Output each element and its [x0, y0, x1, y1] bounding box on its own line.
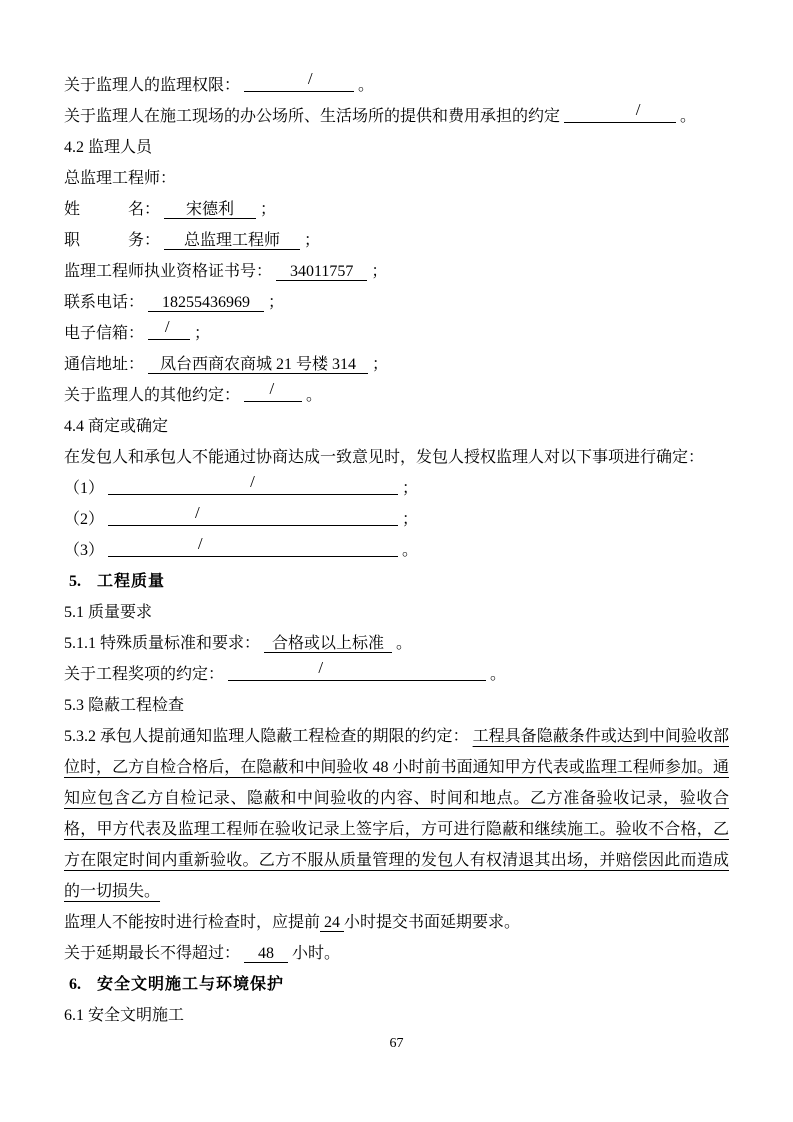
- clause-label: 关于监理人在施工现场的办公场所、生活场所的提供和费用承担的约定: [64, 108, 560, 125]
- heading-title: 工程质量: [97, 573, 165, 590]
- clause-label: 关于延期最长不得超过：: [64, 945, 240, 962]
- page-number: 67: [0, 1036, 793, 1052]
- clause-punctuation: ；: [371, 263, 387, 280]
- list-item-label: （2）: [64, 511, 104, 528]
- clause-label: 通信地址：: [64, 356, 144, 373]
- underlined-value-hours-24: 24: [320, 914, 344, 932]
- slash-mark: /: [165, 311, 170, 342]
- blank-underline: /: [564, 105, 676, 123]
- underlined-value-phone: 18255436969: [148, 294, 264, 312]
- slash-mark: /: [308, 63, 313, 94]
- clause-punctuation: ；: [372, 356, 388, 373]
- slash-mark: /: [318, 652, 323, 683]
- clause-line-site-office: 关于监理人在施工现场的办公场所、生活场所的提供和费用承担的约定 / 。: [64, 101, 729, 132]
- heading-number: 5.: [69, 573, 81, 590]
- subheading-5-1: 5.1 质量要求: [64, 597, 729, 628]
- clause-label: 名：: [128, 201, 160, 218]
- clause-punctuation: 。: [680, 108, 696, 125]
- subheading-5-3: 5.3 隐蔽工程检查: [64, 690, 729, 721]
- blank-underline: /: [108, 539, 398, 557]
- clause-label: 务：: [128, 232, 160, 249]
- section-heading-5: 5. 工程质量: [69, 566, 729, 597]
- list-item-2: （2） / ；: [64, 504, 729, 535]
- clause-label: 5.3.2 承包人提前通知监理人隐蔽工程检查的期限的约定：: [64, 728, 469, 745]
- clause-punctuation: ；: [194, 325, 210, 342]
- blank-underline: /: [148, 322, 190, 340]
- clause-punctuation: ；: [402, 511, 418, 528]
- underlined-value-name: 宋德利: [164, 201, 256, 219]
- clause-label: 小时提交书面延期要求。: [344, 914, 520, 931]
- clause-punctuation: 。: [402, 542, 418, 559]
- document-page: 关于监理人的监理权限： / 。 关于监理人在施工现场的办公场所、生活场所的提供和…: [0, 0, 793, 1122]
- clause-label: 电子信箱：: [64, 325, 144, 342]
- slash-mark: /: [195, 497, 200, 528]
- blank-underline: /: [228, 663, 486, 681]
- clause-line-address: 通信地址： 凤台西商农商城 21 号楼 314 ；: [64, 349, 729, 380]
- clause-line-certificate-number: 监理工程师执业资格证书号： 34011757 ；: [64, 256, 729, 287]
- blank-underline: /: [108, 477, 398, 495]
- clause-label: 关于监理人的监理权限：: [64, 77, 240, 94]
- list-item-1: （1） / ；: [64, 473, 729, 504]
- clause-line-email: 电子信箱： / ；: [64, 318, 729, 349]
- clause-line-determination-intro: 在发包人和承包人不能通过协商达成一致意见时，发包人授权监理人对以下事项进行确定：: [64, 442, 729, 473]
- clause-punctuation: 。: [396, 635, 412, 652]
- clause-label: 关于监理人的其他约定：: [64, 387, 240, 404]
- underlined-value-address: 凤台西商农商城 21 号楼 314: [148, 356, 368, 374]
- clause-label: 监理工程师执业资格证书号：: [64, 263, 272, 280]
- underlined-value-hours-48: 48: [244, 945, 288, 963]
- clause-punctuation: ；: [402, 480, 418, 497]
- clause-punctuation: 。: [306, 387, 322, 404]
- underlined-clause-text: 工程具备隐蔽条件或达到中间验收部位时，乙方自检合格后，在隐蔽和中间验收 48 小…: [64, 728, 729, 900]
- heading-number: 6.: [69, 976, 81, 993]
- clause-punctuation: ；: [260, 201, 276, 218]
- clause-label: 监理人不能按时进行检查时，应提前: [64, 914, 320, 931]
- underlined-value-title: 总监理工程师: [164, 232, 300, 250]
- clause-punctuation: 。: [490, 666, 506, 683]
- clause-line-other-agreements: 关于监理人的其他约定： / 。: [64, 380, 729, 411]
- clause-label: 小时。: [292, 945, 340, 962]
- heading-title: 安全文明施工与环境保护: [97, 976, 284, 993]
- clause-label: 职: [64, 232, 80, 249]
- list-item-label: （1）: [64, 480, 104, 497]
- slash-mark: /: [198, 528, 203, 559]
- blank-underline: /: [108, 508, 398, 526]
- clause-label: 5.1.1 特殊质量标准和要求：: [64, 635, 260, 652]
- underlined-value-certificate: 34011757: [276, 263, 367, 281]
- blank-underline: /: [244, 74, 354, 92]
- list-item-3: （3） / 。: [64, 535, 729, 566]
- clause-label: 联系电话：: [64, 294, 144, 311]
- subheading-4-2: 4.2 监理人员: [64, 132, 729, 163]
- clause-line-title: 职 务： 总监理工程师 ；: [64, 225, 729, 256]
- clause-line-phone: 联系电话： 18255436969 ；: [64, 287, 729, 318]
- clause-label: 关于工程奖项的约定：: [64, 666, 224, 683]
- paragraph-5-3-2: 5.3.2 承包人提前通知监理人隐蔽工程检查的期限的约定：工程具备隐蔽条件或达到…: [64, 721, 729, 907]
- slash-mark: /: [636, 94, 641, 125]
- slash-mark: /: [270, 373, 275, 404]
- slash-mark: /: [250, 466, 255, 497]
- subheading-4-4: 4.4 商定或确定: [64, 411, 729, 442]
- clause-line-inspection-delay: 监理人不能按时进行检查时，应提前24小时提交书面延期要求。: [64, 907, 729, 938]
- blank-underline: /: [244, 384, 302, 402]
- underlined-value-quality: 合格或以上标准: [264, 635, 392, 653]
- clause-line-awards: 关于工程奖项的约定： / 。: [64, 659, 729, 690]
- clause-punctuation: ；: [304, 232, 320, 249]
- clause-line-name: 姓 名： 宋德利 ；: [64, 194, 729, 225]
- clause-line-quality-standard: 5.1.1 特殊质量标准和要求： 合格或以上标准 。: [64, 628, 729, 659]
- subheading-6-1: 6.1 安全文明施工: [64, 1000, 729, 1031]
- clause-punctuation: ；: [268, 294, 284, 311]
- list-item-label: （3）: [64, 542, 104, 559]
- clause-line-chief-engineer: 总监理工程师：: [64, 163, 729, 194]
- clause-punctuation: 。: [358, 77, 374, 94]
- section-heading-6: 6. 安全文明施工与环境保护: [69, 969, 729, 1000]
- clause-label: 姓: [64, 201, 80, 218]
- clause-line-max-delay: 关于延期最长不得超过： 48 小时。: [64, 938, 729, 969]
- clause-line-supervision-authority: 关于监理人的监理权限： / 。: [64, 70, 729, 101]
